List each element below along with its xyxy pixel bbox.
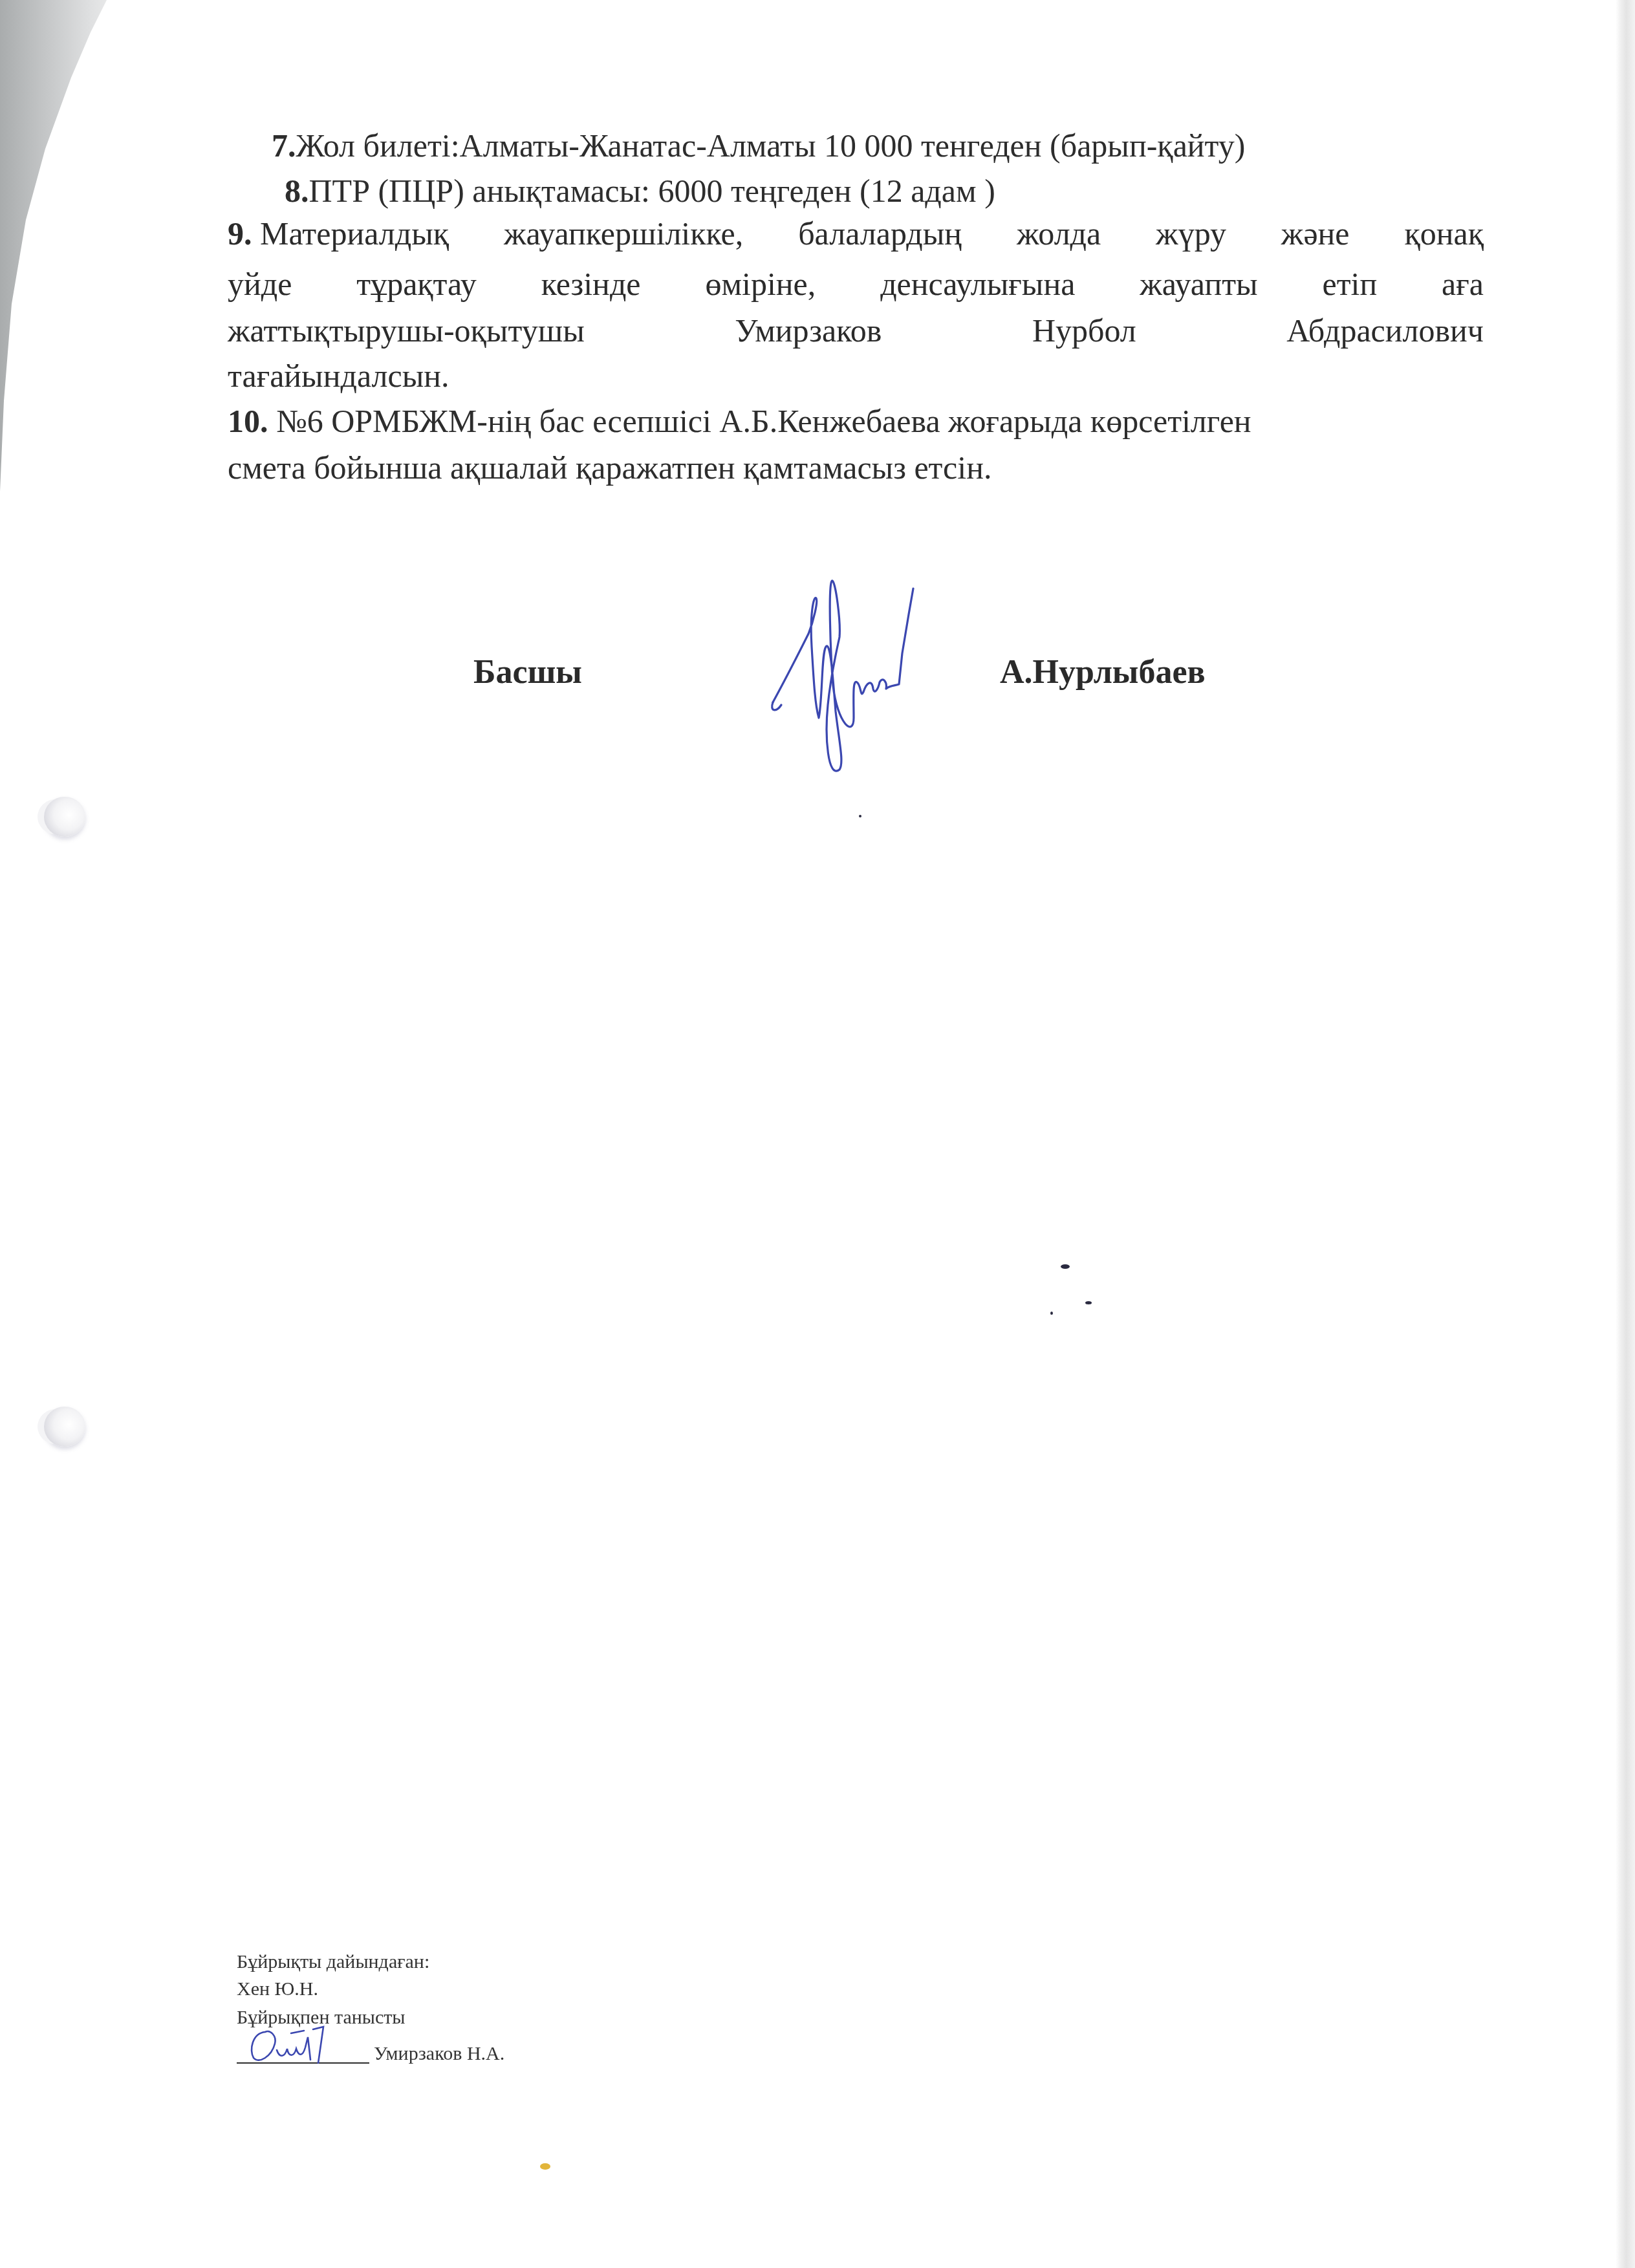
word: Абдрасилович [1286,310,1484,351]
punch-hole-top [44,797,85,837]
word: Умирзаков [735,310,882,351]
item-9-number: 9. [228,215,252,252]
page-edge-shadow [1616,0,1635,2268]
prepared-by: Хен Ю.Н. [237,1976,318,2002]
item-9-line-1: 9. Материалдық жауапкершілікке, балалард… [228,213,1484,254]
scan-speck [540,2163,550,2170]
word: өміріне, [705,264,816,304]
item-10-line-2: смета бойынша ақшалай қаражатпен қамтама… [228,448,991,488]
word: денсаулығына [880,264,1075,304]
acknowledgement-signature-icon [246,2024,343,2069]
scan-speck [859,815,861,817]
word: кезінде [541,264,641,304]
acknowledged-by: Умирзаков Н.А. [374,2041,504,2067]
director-signature-icon [763,576,977,776]
item-10-text-1: №6 ОРМБЖМ-нің бас есепшісі А.Б.Кенжебаев… [276,403,1251,439]
word: уйде [228,264,292,304]
item-8-number: 8. [285,173,309,209]
item-10-line-1: 10. №6 ОРМБЖМ-нің бас есепшісі А.Б.Кенже… [228,401,1251,441]
word: жолда [1017,213,1101,254]
word: аға [1442,264,1484,304]
item-7: 7.Жол билеті:Алматы-Жанатас-Алматы 10 00… [272,125,1245,166]
word: Материалдық [260,213,449,254]
signatory-title: Басшы [473,653,582,691]
item-10-number: 10. [228,403,268,439]
word: жаттықтырушы-оқытушы [228,310,585,351]
item-8-text: ПТР (ПЦР) анықтамасы: 6000 теңгеден (12 … [309,173,995,209]
item-9-line-2: уйде тұрақтау кезінде өміріне, денсаулығ… [228,264,1484,304]
item-9-line-3: жаттықтырушы-оқытушы Умирзаков Нурбол Аб… [228,310,1484,351]
word: жауапты [1140,264,1257,304]
item-9-line-4: тағайындалсын. [228,356,449,396]
scan-speck [1061,1264,1070,1269]
word: жүру [1156,213,1226,254]
signatory-name: А.Нурлыбаев [1000,653,1206,691]
word: тұрақтау [356,264,476,304]
item-7-text: Жол билеті:Алматы-Жанатас-Алматы 10 000 … [296,127,1246,164]
item-8: 8.ПТР (ПЦР) анықтамасы: 6000 теңгеден (1… [285,171,995,211]
word: Нурбол [1032,310,1136,351]
word: жауапкершілікке, [504,213,743,254]
word: балалардың [798,213,962,254]
word: және [1281,213,1350,254]
page-fold-shadow [0,0,129,491]
word: етіп [1322,264,1377,304]
word: қонақ [1404,213,1484,254]
punch-hole-bottom [44,1407,85,1447]
item-7-number: 7. [272,127,296,164]
scan-speck [1050,1312,1053,1315]
scan-speck [1085,1301,1092,1304]
prepared-label: Бұйрықты дайындаған: [237,1949,429,1975]
